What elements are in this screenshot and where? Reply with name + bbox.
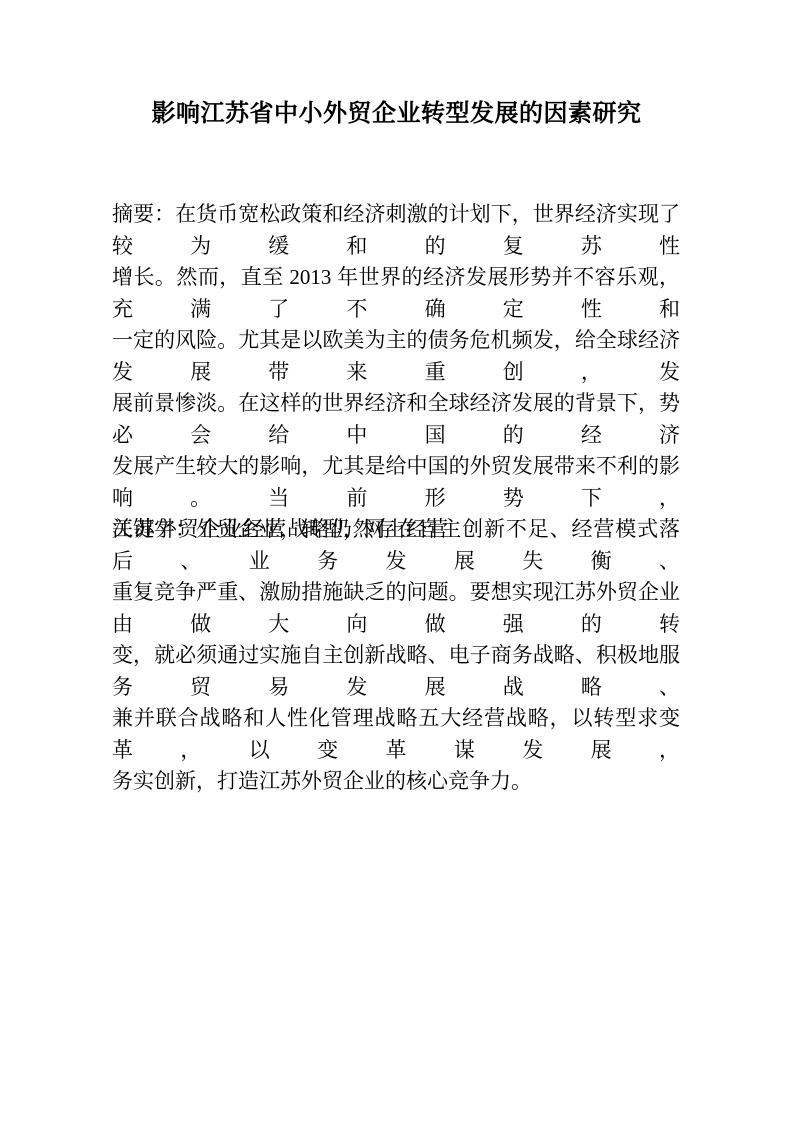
abstract-line: 一定的风险。尤其是以欧美为主的债务危机频发，给全球经济发展带来重创，发 [112, 325, 680, 388]
abstract-line: 增长。然而，直至 2013 年世界的经济发展形势并不容乐观，充满了不确定性和 [112, 262, 680, 325]
abstract-line: 摘要：在货币宽松政策和经济刺激的计划下，世界经济实现了较为缓和的复苏性 [112, 199, 680, 262]
abstract-line: 务实创新，打造江苏外贸企业的核心竞争力。 [112, 766, 680, 798]
abstract-line: 兼并联合战略和人性化管理战略五大经营战略，以转型求变革，以变革谋发展， [112, 703, 680, 766]
abstract-line: 变，就必须通过实施自主创新战略、电子商务战略、积极地服务贸易发展战略、 [112, 640, 680, 703]
abstract-line: 发展产生较大的影响，尤其是给中国的外贸发展带来不利的影响。当前形势下， [112, 451, 680, 514]
keywords-text: 外贸企业，转型，网上经营 [196, 517, 448, 541]
keywords-line: 关键字：外贸企业，转型，网上经营 [112, 514, 680, 546]
document-page: 影响江苏省中小外贸企业转型发展的因素研究 摘要：在货币宽松政策和经济刺激的计划下… [0, 0, 793, 1122]
abstract-line: 重复竞争严重、激励措施缺乏的问题。要想实现江苏外贸企业由做大向做强的转 [112, 577, 680, 640]
keywords-label: 关键字： [112, 517, 196, 541]
abstract-paragraph: 摘要：在货币宽松政策和经济刺激的计划下，世界经济实现了较为缓和的复苏性 增长。然… [112, 199, 680, 798]
document-title: 影响江苏省中小外贸企业转型发展的因素研究 [0, 97, 793, 131]
abstract-line: 展前景惨淡。在这样的世界经济和全球经济发展的背景下，势必会给中国的经济 [112, 388, 680, 451]
